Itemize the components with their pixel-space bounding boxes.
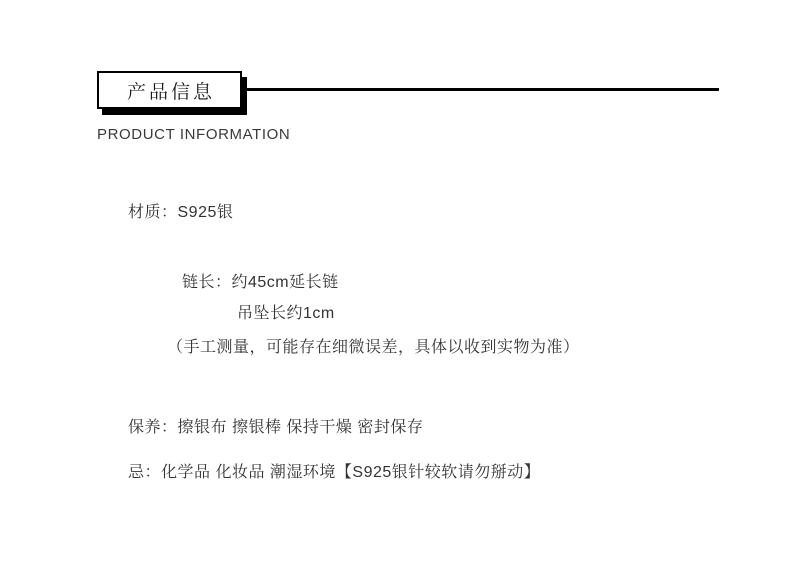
spec-care-instructions: 保养：擦银布 擦银棒 保持干燥 密封保存 bbox=[128, 420, 423, 436]
spec-chain-length: 链长：约45cm延长链 bbox=[182, 275, 339, 291]
product-information-section: 产品信息 PRODUCT INFORMATION 材质：S925银 链长：约45… bbox=[0, 0, 790, 576]
spec-pendant-length: 吊坠长约1cm bbox=[237, 306, 335, 322]
spec-material: 材质：S925银 bbox=[128, 205, 233, 221]
spec-avoid-warning: 忌：化学品 化妆品 潮湿环境【S925银针较软请勿掰动】 bbox=[128, 465, 540, 481]
product-info-title-en: PRODUCT INFORMATION bbox=[97, 126, 290, 143]
product-info-title-box: 产品信息 bbox=[97, 71, 242, 109]
product-info-title-cn: 产品信息 bbox=[124, 77, 215, 104]
spec-measurement-note: （手工测量，可能存在细微误差，具体以收到实物为准） bbox=[167, 340, 580, 356]
title-divider-line bbox=[240, 88, 719, 91]
